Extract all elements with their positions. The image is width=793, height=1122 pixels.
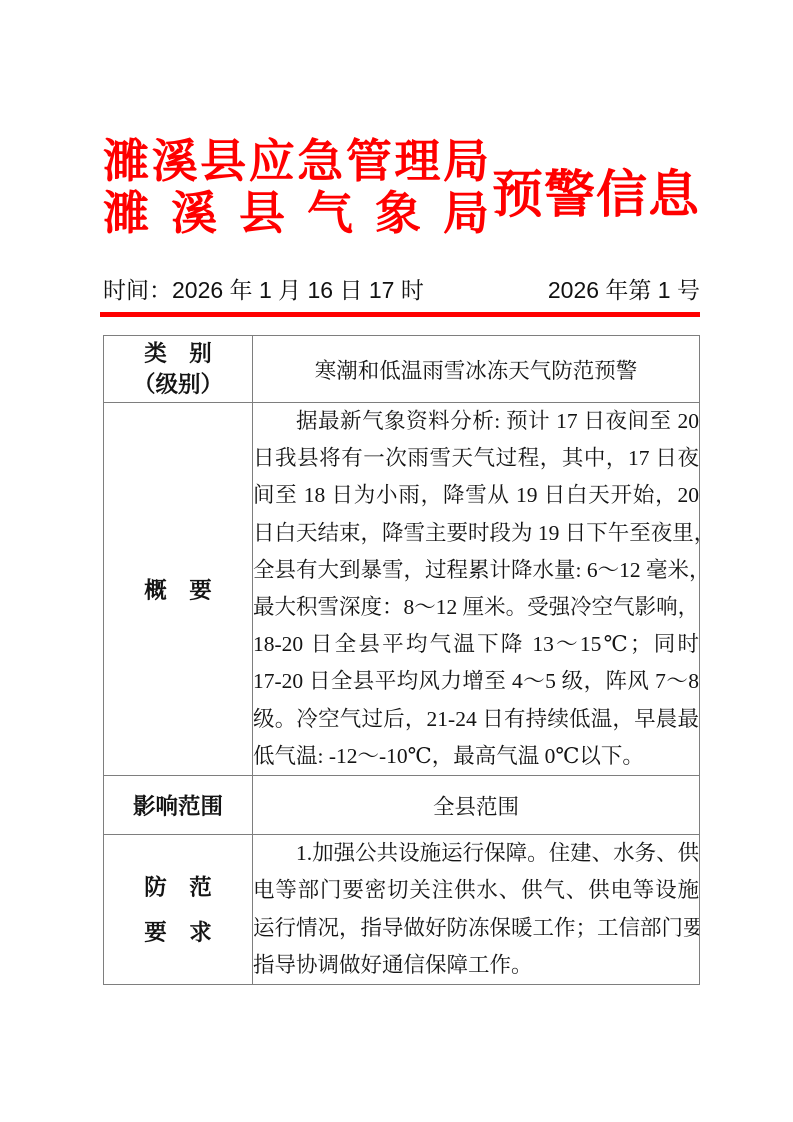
warning-table: 类 别 （级别） 寒潮和低温雨雪冰冻天气防范预警 概 要 据最新气象资料分析: … [103, 335, 700, 985]
masthead: 濉溪县应急管理局 濉溪县气象局 预警信息 [103, 136, 700, 240]
category-value-cell: 寒潮和低温雨雪冰冻天气防范预警 [253, 336, 700, 403]
scope-value-cell: 全县范围 [253, 776, 700, 835]
summary-value-cell: 据最新气象资料分析: 预计 17 日夜间至 20 日我县将有一次雨雪天气过程，其… [253, 403, 700, 776]
summary-line: 低气温: -12～-10℃，最高气温 0℃以下。 [253, 738, 699, 775]
measures-line: 运行情况，指导做好防冻保暖工作；工信部门要 [253, 910, 699, 947]
red-divider-rule [100, 312, 700, 317]
summary-line: 18-20 日全县平均气温下降 13～15℃；同时 [253, 626, 699, 663]
measures-label-line-1: 防 范 [104, 865, 252, 910]
scope-row: 影响范围 全县范围 [104, 776, 700, 835]
issue-number: 2026 年第 1 号 [548, 276, 700, 304]
document-content: 濉溪县应急管理局 濉溪县气象局 预警信息 时间：2026 年 1 月 16 日 … [103, 0, 700, 985]
warning-document-page: 濉溪县应急管理局 濉溪县气象局 预警信息 时间：2026 年 1 月 16 日 … [0, 0, 793, 1122]
summary-line: 据最新气象资料分析: 预计 17 日夜间至 20 [253, 403, 699, 440]
agency-name-line-1: 濉溪县应急管理局 [103, 136, 489, 188]
summary-line: 17-20 日全县平均风力增至 4～5 级，阵风 7～8 [253, 663, 699, 700]
summary-line: 日白天结束，降雪主要时段为 19 日下午至夜里， [253, 515, 699, 552]
measures-line: 1.加强公共设施运行保障。住建、水务、供 [253, 835, 699, 872]
measures-label-line-2: 要 求 [104, 910, 252, 955]
category-row: 类 别 （级别） 寒潮和低温雨雪冰冻天气防范预警 [104, 336, 700, 403]
scope-label-cell: 影响范围 [104, 776, 253, 835]
issue-time: 时间：2026 年 1 月 16 日 17 时 [103, 276, 424, 304]
summary-line: 最大积雪深度：8～12 厘米。受强冷空气影响， [253, 589, 699, 626]
measures-row: 防 范 要 求 1.加强公共设施运行保障。住建、水务、供 电等部门要密切关注供水… [104, 835, 700, 985]
summary-row: 概 要 据最新气象资料分析: 预计 17 日夜间至 20 日我县将有一次雨雪天气… [104, 403, 700, 776]
summary-label-cell: 概 要 [104, 403, 253, 776]
measures-line: 指导协调做好通信保障工作。 [253, 947, 699, 984]
category-label-line-1: 类 别 [104, 338, 252, 369]
measures-line: 电等部门要密切关注供水、供气、供电等设施 [253, 872, 699, 909]
summary-line: 间至 18 日为小雨，降雪从 19 日白天开始，20 [253, 477, 699, 514]
agency-name-block: 濉溪县应急管理局 濉溪县气象局 [103, 136, 489, 240]
agency-name-line-2: 濉溪县气象局 [103, 188, 489, 240]
summary-line: 全县有大到暴雪，过程累计降水量: 6～12 毫米， [253, 552, 699, 589]
issue-info-row: 时间：2026 年 1 月 16 日 17 时 2026 年第 1 号 [103, 276, 700, 304]
measures-label-cell: 防 范 要 求 [104, 835, 253, 985]
category-label-cell: 类 别 （级别） [104, 336, 253, 403]
bulletin-title: 预警信息 [492, 169, 700, 223]
summary-line: 级。冷空气过后，21-24 日有持续低温，早晨最 [253, 701, 699, 738]
summary-line: 日我县将有一次雨雪天气过程，其中，17 日夜 [253, 440, 699, 477]
category-label-line-2: （级别） [104, 369, 252, 400]
measures-value-cell: 1.加强公共设施运行保障。住建、水务、供 电等部门要密切关注供水、供气、供电等设… [253, 835, 700, 985]
